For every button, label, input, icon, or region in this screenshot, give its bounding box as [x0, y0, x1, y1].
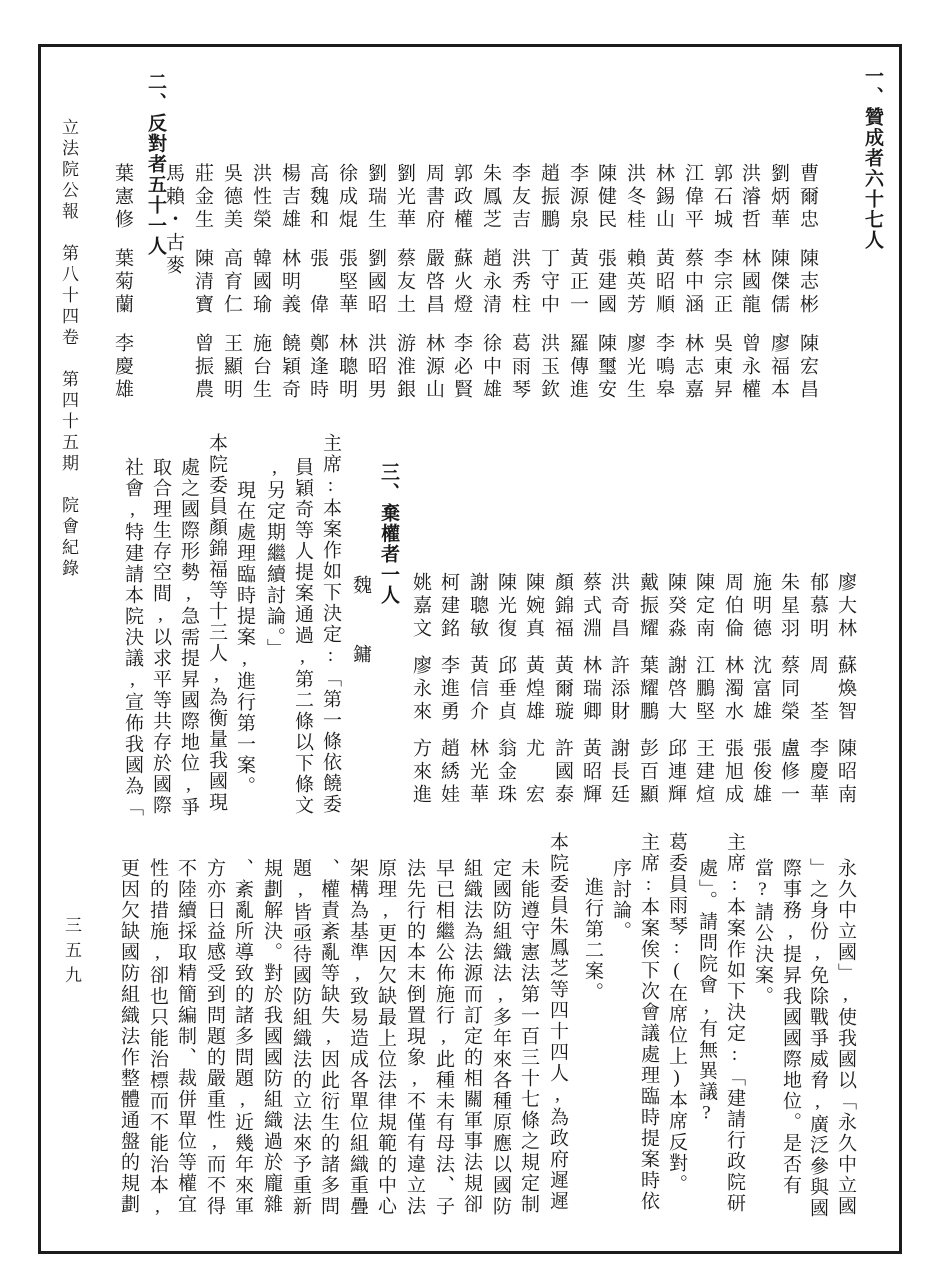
oppose-name: 李慶雄 — [110, 333, 134, 402]
text-column-proposal_1_lower: 」之身份,免除戰爭威脅,廣泛參與國 — [805, 858, 829, 1219]
text-column-chair_ruling_proposal1: 主席:本案作如下決定:「建請行政院研 — [722, 832, 746, 1214]
oppose-name: 蔡同榮 — [776, 655, 800, 724]
oppose-name: 林瑞卿 — [578, 655, 602, 724]
text-column-ge_objection: 葛委員雨琴:(在席位上)本席反對。 — [664, 832, 688, 1195]
approve-name: 趙振鵬 — [536, 163, 560, 232]
approve-name: 廖光生 — [622, 333, 646, 402]
oppose-name: 朱星羽 — [776, 572, 800, 641]
text-column-proposal_1_upper: 處之國際形勢,急需提昇國際地位,爭 — [176, 457, 200, 818]
approve-name: 郭政權 — [449, 163, 473, 232]
oppose-name: 尤 宏 — [521, 738, 545, 807]
approve-name: 徐成焜 — [334, 163, 358, 232]
oppose-name: 黃爾璇 — [550, 655, 574, 724]
oppose-name: 沈富雄 — [748, 655, 772, 724]
oppose-name: 陳定南 — [691, 572, 715, 641]
text-column-proposal_2: 題,皆亟待國防組織法的立法來予重新 — [288, 858, 312, 1217]
approve-name: 陳傑儒 — [766, 248, 790, 317]
oppose-name: 顏錦福 — [550, 572, 574, 641]
text-column-proposal_2: 更因欠缺國防組織法作整體通盤的規劃 — [116, 858, 140, 1215]
approve-name: 曾振農 — [190, 333, 214, 402]
oppose-name: 翁金珠 — [493, 738, 517, 807]
oppose-name: 陳昭南 — [833, 738, 857, 807]
oppose-name: 林光華 — [465, 738, 489, 807]
oppose-name: 陳癸淼 — [663, 572, 687, 641]
oppose-name: 周 荃 — [805, 655, 829, 724]
approve-name: 劉國昭 — [363, 248, 387, 317]
text-column-proposal_2: 未能遵守憲法第一百三十七條之規定制 — [516, 858, 540, 1215]
approve-name: 江偉平 — [680, 163, 704, 232]
oppose-name: 張旭成 — [720, 738, 744, 807]
oppose-name: 許國泰 — [550, 738, 574, 807]
text-column-proposal_1_lower: 際事務,提昇我國國際地位。是否有 — [778, 858, 802, 1196]
approve-name: 蔡友土 — [392, 248, 416, 317]
oppose-name: 黃昭輝 — [578, 738, 602, 807]
approve-name: 曹爾忠 — [795, 163, 819, 232]
approve-name: 趙永清 — [478, 248, 502, 317]
approve-name: 周書府 — [421, 163, 445, 232]
text-column-proposal_2: 架構為基準,致易造成各單位組織重疊 — [345, 858, 369, 1217]
oppose-name: 廖永來 — [408, 655, 432, 724]
approve-name: 葛雨琴 — [507, 333, 531, 402]
approve-name: 陳宏昌 — [795, 333, 819, 402]
approve-name: 林國龍 — [737, 248, 761, 317]
approve-name: 朱鳳芝 — [478, 163, 502, 232]
approve-name: 洪濬哲 — [737, 163, 761, 232]
oppose-name: 盧修一 — [776, 738, 800, 807]
text-column-proposal_2: 、權責紊亂等缺失,因此衍生的諸多問 — [316, 858, 340, 1217]
approve-name: 徐中雄 — [478, 333, 502, 402]
oppose-name: 邱連輝 — [663, 738, 687, 807]
approve-heading: 一、贊成者六十七人 — [860, 66, 884, 251]
gazette-page: 立法院公報 第八十四卷 第四十五期 院會紀錄 三五九 一、贊成者六十七人 二、反… — [0, 0, 939, 1280]
oppose-name: 謝啓大 — [663, 655, 687, 724]
text-column-chair_ruling_article1: ,另定期繼續討論。」 — [262, 457, 286, 660]
approve-name: 游淮銀 — [392, 333, 416, 402]
approve-name: 李友吉 — [507, 163, 531, 232]
approve-name: 鄭逢時 — [305, 333, 329, 402]
approve-name: 莊金生 — [190, 163, 214, 232]
oppose-name: 張俊雄 — [748, 738, 772, 807]
approve-name: 韓國瑜 — [248, 248, 272, 317]
oppose-name: 葉耀鵬 — [635, 655, 659, 724]
approve-name: 張堅華 — [334, 248, 358, 317]
oppose-name: 洪奇昌 — [606, 572, 630, 641]
oppose-name: 林濁水 — [720, 655, 744, 724]
approve-name: 洪玉欽 — [536, 333, 560, 402]
abstain-name: 魏 鏞 — [348, 575, 372, 667]
oppose-name: 李慶華 — [805, 738, 829, 807]
oppose-name: 姚嘉文 — [408, 572, 432, 641]
approve-name: 黃正一 — [565, 248, 589, 317]
oppose-name: 陳光復 — [493, 572, 517, 641]
approve-name: 張建國 — [593, 248, 617, 317]
oppose-name: 蔡式淵 — [578, 572, 602, 641]
text-column-proposal_2: 、紊亂所導致的諸多問題,近幾年來軍 — [230, 858, 254, 1217]
oppose-name: 戴振耀 — [635, 572, 659, 641]
text-column-proposal_2: 組織法為法源而訂定的相關軍事法規卻 — [459, 858, 483, 1215]
approve-name: 陳健民 — [593, 163, 617, 232]
approve-name: 劉炳華 — [766, 163, 790, 232]
approve-name: 李宗正 — [709, 248, 733, 317]
approve-name: 李源泉 — [565, 163, 589, 232]
oppose-name: 江鵬堅 — [691, 655, 715, 724]
text-column-proposal_1_lower: 當?請公決案。 — [750, 858, 774, 1007]
abstain-heading: 三、棄權者一人 — [376, 462, 400, 606]
oppose-name: 柯建銘 — [436, 572, 460, 641]
approve-name: 蔡中涵 — [680, 248, 704, 317]
approve-name: 林聰明 — [334, 333, 358, 402]
oppose-name: 施明德 — [748, 572, 772, 641]
approve-name: 林錫山 — [651, 163, 675, 232]
text-column-proposal_2: 早已相繼公佈施行,此種未有母法、子 — [431, 858, 455, 1217]
approve-name: 陳志彬 — [795, 248, 819, 317]
text-column-chair_ruling_proposal1: 處」。請問院會,有無異議? — [694, 858, 718, 1126]
text-column-proposal_1_lower: 永久中立國」,使我國以「永久中立國 — [833, 858, 857, 1217]
oppose-name: 蘇煥智 — [833, 655, 857, 724]
oppose-name: 邱垂貞 — [493, 655, 517, 724]
text-column-proposal_2: 性的措施,卻也只能治標而不能治本, — [145, 858, 169, 1219]
oppose-name: 謝聰敏 — [465, 572, 489, 641]
text-column-proposal_1_upper: 本院委員顏錦福等十三人,為衡量我國現 — [204, 433, 228, 813]
approve-name: 吳東昇 — [709, 333, 733, 402]
text-column-proposal_2: 規劃解決。對於我國國防組織過於龐雜 — [259, 858, 283, 1215]
approve-name: 陳璽安 — [593, 333, 617, 402]
approve-name: 洪昭男 — [363, 333, 387, 402]
approve-name: 林明義 — [277, 248, 301, 317]
approve-name: 楊吉雄 — [277, 163, 301, 232]
text-column-proposal_2: 原理,更因欠缺最上位法律規範的中心 — [373, 858, 397, 1217]
approve-name: 洪冬桂 — [622, 163, 646, 232]
text-column-chair_deferral: 序討論。 — [608, 858, 632, 942]
page-number: 三五九 — [59, 916, 83, 991]
oppose-name: 陳婉真 — [521, 572, 545, 641]
text-column-chair_deferral: 主席:本案俟下次會議處理臨時提案時依 — [636, 832, 660, 1212]
approve-name: 嚴啓昌 — [421, 248, 445, 317]
masthead: 立法院公報 第八十四卷 第四十五期 院會紀錄 — [56, 118, 80, 580]
approve-name: 馬賴・古麥 — [161, 163, 185, 278]
oppose-name: 黃信介 — [465, 655, 489, 724]
text-column-chair_ruling_article1: 員穎奇等人提案通過,第二條以下條文 — [290, 457, 314, 816]
oppose-name: 謝長廷 — [606, 738, 630, 807]
approve-name: 丁守中 — [536, 248, 560, 317]
oppose-name: 郁慕明 — [805, 572, 829, 641]
text-column-proposal_1_upper: 取合理生存空間,以求平等共存於國際 — [148, 457, 172, 816]
approve-name: 洪秀柱 — [507, 248, 531, 317]
approve-name: 吳德美 — [219, 163, 243, 232]
approve-name: 饒穎奇 — [277, 333, 301, 402]
oppose-name: 周伯倫 — [720, 572, 744, 641]
approve-name: 林源山 — [421, 333, 445, 402]
approve-name: 高魏和 — [305, 163, 329, 232]
text-column-proposal_2: 方亦日益感受到問題的嚴重性,而不得 — [202, 858, 226, 1217]
approve-name: 林志嘉 — [680, 333, 704, 402]
approve-name: 賴英芳 — [622, 248, 646, 317]
oppose-name: 黃煌雄 — [521, 655, 545, 724]
text-column-proposal_2: 法先行的本末倒置現象,不僅有違立法 — [402, 858, 426, 1217]
approve-name: 施台生 — [248, 333, 272, 402]
approve-name: 張 偉 — [305, 248, 329, 317]
oppose-name: 廖大林 — [833, 572, 857, 641]
approve-name: 劉光華 — [392, 163, 416, 232]
approve-name: 劉瑞生 — [363, 163, 387, 232]
text-column-interim_intro: 現在處理臨時提案,進行第一案。 — [232, 480, 256, 797]
approve-name: 陳清寶 — [190, 248, 214, 317]
approve-name: 高育仁 — [219, 248, 243, 317]
text-column-second_case: 進行第二案。 — [580, 877, 604, 1003]
approve-name: 洪性榮 — [248, 163, 272, 232]
text-column-proposal_2: 不陸續採取精簡編制、裁併單位等權宜 — [173, 858, 197, 1215]
text-column-proposal_2: 本院委員朱鳳芝等四十四人,為政府遲遲 — [545, 832, 569, 1212]
oppose-name: 王建煊 — [691, 738, 715, 807]
oppose-name: 李進勇 — [436, 655, 460, 724]
approve-name: 王顯明 — [219, 333, 243, 402]
approve-name: 曾永權 — [737, 333, 761, 402]
approve-name: 李鳴皋 — [651, 333, 675, 402]
approve-name: 李必賢 — [449, 333, 473, 402]
oppose-name: 葉憲修 — [110, 163, 134, 232]
oppose-name: 彭百顯 — [635, 738, 659, 807]
approve-name: 黃昭順 — [651, 248, 675, 317]
oppose-name: 方來進 — [408, 738, 432, 807]
approve-name: 羅傳進 — [565, 333, 589, 402]
oppose-name: 葉菊蘭 — [110, 248, 134, 317]
approve-name: 蘇火燈 — [449, 248, 473, 317]
approve-name: 廖福本 — [766, 333, 790, 402]
text-column-proposal_1_upper: 社會,特建請本院決議,宣佈我國為「 — [120, 457, 144, 818]
text-column-proposal_2: 定國防組織法,多年來各種原應以國防 — [488, 858, 512, 1217]
approve-name: 郭石城 — [709, 163, 733, 232]
oppose-name: 許添財 — [606, 655, 630, 724]
oppose-name: 趙綉娃 — [436, 738, 460, 807]
text-column-chair_ruling_article1: 主席:本案作如下決定:「第一條依饒委 — [318, 433, 342, 815]
